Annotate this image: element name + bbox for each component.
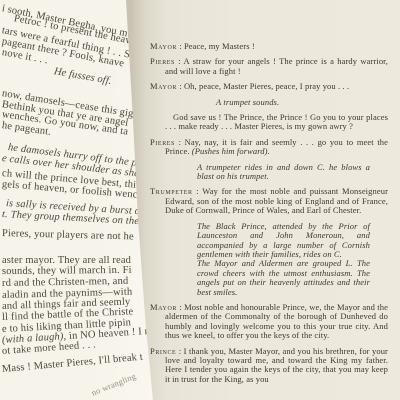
- left-page-line: He fusses off.: [53, 66, 112, 87]
- right-page-text-column: Mayor : Peace, my Masters !Pieres : A st…: [150, 42, 388, 390]
- speech-text: A trumpet sounds.: [216, 97, 279, 107]
- speech-text: Way for the most noble and puissant Mons…: [165, 186, 388, 215]
- speech-text: The Black Prince, attended by the Prior …: [197, 221, 370, 259]
- stage-direction: A trumpeter rides in and down C. he blow…: [197, 163, 370, 182]
- dialogue-block: Pieres : A straw for your angels ! The p…: [165, 57, 388, 76]
- stage-direction: The Black Prince, attended by the Prior …: [197, 222, 370, 260]
- dialogue-block: Prince : I thank you, Master Mayor, and …: [165, 347, 388, 385]
- dialogue-block: Pieres : Nay, nay, it is fair and seemly…: [165, 138, 388, 157]
- dialogue-continuation: God save us ! The Prince, the Prince ! G…: [165, 113, 388, 132]
- left-page-line: Pieres, your players are not he: [2, 228, 134, 242]
- speaker-label: Mayor: [150, 81, 177, 91]
- stage-direction: The Mayor and Aldermen are grouped L. Th…: [197, 259, 370, 297]
- open-book-photo: Mayor : Peace, my Masters !Pieres : A st…: [0, 0, 400, 400]
- inline-stage-direction: (Pushes him forward).: [192, 146, 270, 156]
- speech-text: The Mayor and Aldermen are grouped L. Th…: [197, 258, 370, 296]
- stage-direction: A trumpet sounds.: [216, 98, 388, 107]
- dialogue-block: Mayor : Most noble and honourable Prince…: [165, 303, 388, 341]
- speech-text: A straw for your angels ! The prince is …: [165, 56, 388, 75]
- dialogue-block: Trumpeter : Way for the most noble and p…: [165, 187, 388, 215]
- speech-text: A trumpeter rides in and down C. he blow…: [197, 162, 370, 181]
- dialogue-block: Mayor : Peace, my Masters !: [165, 42, 388, 51]
- speaker-label: Mayor: [150, 41, 177, 51]
- speech-text: Peace, my Masters !: [184, 41, 255, 51]
- speech-text: Most noble and honourable Prince, we, th…: [165, 302, 388, 340]
- speech-text: God save us ! The Prince, the Prince ! G…: [165, 112, 388, 131]
- dialogue-block: Mayor : Oh, peace, Master Pieres, peace,…: [165, 82, 388, 91]
- speech-text: I thank you, Master Mayor, and you his b…: [165, 346, 388, 384]
- left-page-line: no wrangling: [90, 371, 138, 399]
- speech-text: Oh, peace, Master Pieres, peace, I pray …: [184, 81, 349, 91]
